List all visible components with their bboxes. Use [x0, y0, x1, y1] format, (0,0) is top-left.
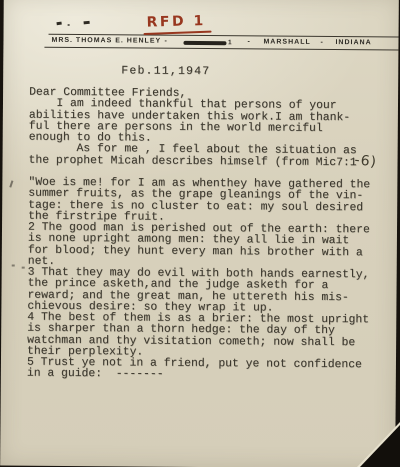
- ink-smudge: [84, 21, 90, 25]
- letterhead-name: MRS. THOMAS E. HENLEY: [51, 36, 161, 44]
- letterhead-separator: -: [247, 38, 250, 45]
- letterhead-separator: -: [320, 38, 323, 45]
- letterhead-state: INDIANA: [335, 39, 371, 46]
- handwritten-verse-ref: -6): [354, 152, 378, 170]
- letterhead-city: MARSHALL: [263, 38, 310, 45]
- letterhead-struck-remainder: 1: [228, 39, 232, 46]
- pencil-margin-mark: [22, 267, 25, 269]
- pencil-margin-mark: [9, 180, 13, 187]
- letter-body: Dear Committee Friends, I am indeed than…: [27, 88, 371, 383]
- letter-date: Feb.11,1947: [121, 64, 210, 78]
- letterhead-strikethrough: [183, 41, 226, 46]
- ink-smudge: [68, 24, 70, 26]
- ink-smudge: [56, 22, 61, 26]
- letter-paper: MRS. THOMAS E. HENLEY - 1 - MARSHALL - I…: [0, 0, 399, 467]
- pencil-margin-mark: [12, 265, 15, 267]
- letterhead-rule-bottom: [44, 46, 398, 50]
- letterhead-separator: -: [164, 37, 167, 44]
- handwritten-rfd-note: RFD 1: [146, 13, 206, 31]
